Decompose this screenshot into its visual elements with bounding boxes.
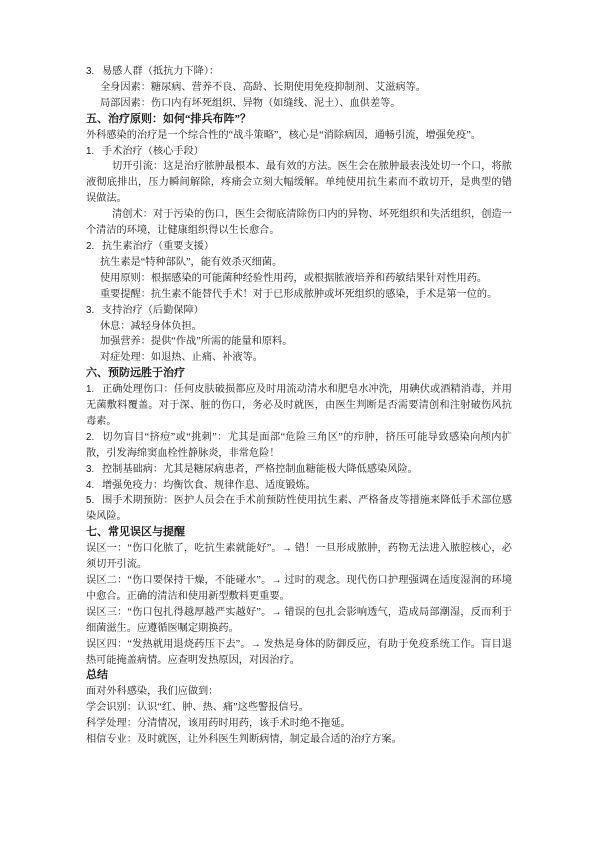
item-text: 围手术期预防：医护人员会在手术前预防性使用抗生素、严格备皮等措施来降低手术部位感… bbox=[86, 495, 512, 522]
item-number: 3. bbox=[86, 462, 102, 478]
sub-item: 局部因素：伤口内有坏死组织、异物（如缝线、泥土）、血供差等。 bbox=[86, 96, 512, 112]
item-number: 1. bbox=[86, 144, 102, 160]
numbered-item: 1.手术治疗（核心手段） bbox=[86, 144, 512, 160]
section-heading: 七、常见误区与提醒 bbox=[86, 525, 512, 541]
sub-item: 抗生素是“特种部队”，能有效杀灭细菌。 bbox=[86, 255, 512, 271]
item-number: 2. bbox=[86, 239, 102, 255]
paragraph: 面对外科感染，我们应做到： bbox=[86, 684, 512, 700]
numbered-item: 2.抗生素治疗（重要支援） bbox=[86, 239, 512, 255]
paragraph: 误区二：“伤口要保持干燥，不能碰水”。→ 过时的观念。现代伤口护理强调在适度湿润… bbox=[86, 573, 512, 605]
item-text: 增强免疫力：均衡饮食、规律作息、适度锻炼。 bbox=[102, 480, 316, 491]
item-text: 手术治疗（核心手段） bbox=[102, 146, 204, 157]
numbered-item: 3.易感人群（抵抗力下降）： bbox=[86, 64, 512, 80]
paragraph: 误区三：“伤口包扎得越厚越严实越好”。→ 错误的包扎会影响透气，造成局部潮湿，反… bbox=[86, 605, 512, 637]
item-text: 易感人群（抵抗力下降）： bbox=[102, 66, 219, 77]
item-number: 5. bbox=[86, 493, 102, 509]
sub-item: 对症处理：如退热、止痛、补液等。 bbox=[86, 350, 512, 366]
item-number: 4. bbox=[86, 478, 102, 494]
numbered-item: 1.正确处理伤口：任何皮肤破损都应及时用流动清水和肥皂水冲洗，用碘伏或酒精消毒，… bbox=[86, 382, 512, 430]
item-number: 3. bbox=[86, 303, 102, 319]
paragraph: 误区四：“发热就用退烧药压下去”。→ 发热是身体的防御反应，有助于免疫系统工作。… bbox=[86, 637, 512, 669]
section-heading: 总结 bbox=[86, 668, 512, 684]
item-text: 切勿盲目“挤痘”或“挑刺”：尤其是面部“危险三角区”的疖肿，挤压可能导致感染向颅… bbox=[86, 432, 512, 459]
sub-item: 加强营养：提供“作战”所需的能量和原料。 bbox=[86, 334, 512, 350]
numbered-item: 5.围手术期预防：医护人员会在手术前预防性使用抗生素、严格备皮等措施来降低手术部… bbox=[86, 493, 512, 525]
section-heading: 六、预防远胜于治疗 bbox=[86, 366, 512, 382]
numbered-item: 3.支持治疗（后勤保障） bbox=[86, 303, 512, 319]
paragraph: 误区一：“伤口化脓了，吃抗生素就能好”。→ 错！一旦形成脓肿，药物无法进入脓腔核… bbox=[86, 541, 512, 573]
numbered-item: 3.控制基础病：尤其是糖尿病患者，严格控制血糖能极大降低感染风险。 bbox=[86, 462, 512, 478]
indented-paragraph: 切开引流：这是治疗脓肿最根本、最有效的方法。医生会在脓肿最表浅处切一个口，将脓液… bbox=[86, 159, 512, 207]
document-body: 3.易感人群（抵抗力下降）：全身因素：糖尿病、营养不良、高龄、长期使用免疫抑制剂… bbox=[86, 64, 512, 748]
item-text: 控制基础病：尤其是糖尿病患者，严格控制血糖能极大降低感染风险。 bbox=[102, 464, 418, 475]
item-text: 抗生素治疗（重要支援） bbox=[102, 241, 214, 252]
document-page: 3.易感人群（抵抗力下降）：全身因素：糖尿病、营养不良、高龄、长期使用免疫抑制剂… bbox=[0, 0, 595, 841]
item-number: 2. bbox=[86, 430, 102, 446]
section-heading: 五、治疗原则：如何“排兵布阵”？ bbox=[86, 112, 512, 128]
numbered-item: 4.增强免疫力：均衡饮食、规律作息、适度锻炼。 bbox=[86, 478, 512, 494]
item-number: 3. bbox=[86, 64, 102, 80]
paragraph: 相信专业：及时就医，让外科医生判断病情，制定最合适的治疗方案。 bbox=[86, 732, 512, 748]
paragraph: 科学处理：分清情况，该用药时用药，该手术时绝不拖延。 bbox=[86, 716, 512, 732]
sub-item: 重要提醒：抗生素不能替代手术！对于已形成脓肿或坏死组织的感染，手术是第一位的。 bbox=[86, 287, 512, 303]
sub-item: 休息：减轻身体负担。 bbox=[86, 319, 512, 335]
item-number: 1. bbox=[86, 382, 102, 398]
paragraph: 学会识别：认识“红、肿、热、痛”这些警报信号。 bbox=[86, 700, 512, 716]
numbered-item: 2.切勿盲目“挤痘”或“挑刺”：尤其是面部“危险三角区”的疖肿，挤压可能导致感染… bbox=[86, 430, 512, 462]
sub-item: 全身因素：糖尿病、营养不良、高龄、长期使用免疫抑制剂、艾滋病等。 bbox=[86, 80, 512, 96]
sub-item: 使用原则：根据感染的可能菌种经验性用药，或根据脓液培养和药敏结果针对性用药。 bbox=[86, 271, 512, 287]
item-text: 支持治疗（后勤保障） bbox=[102, 305, 204, 316]
item-text: 正确处理伤口：任何皮肤破损都应及时用流动清水和肥皂水冲洗，用碘伏或酒精消毒，并用… bbox=[86, 384, 512, 427]
paragraph: 外科感染的治疗是一个综合性的“战斗策略”，核心是“消除病因，通畅引流，增强免疫”… bbox=[86, 128, 512, 144]
indented-paragraph: 清创术：对于污染的伤口，医生会彻底清除伤口内的异物、坏死组织和失活组织，创造一个… bbox=[86, 207, 512, 239]
